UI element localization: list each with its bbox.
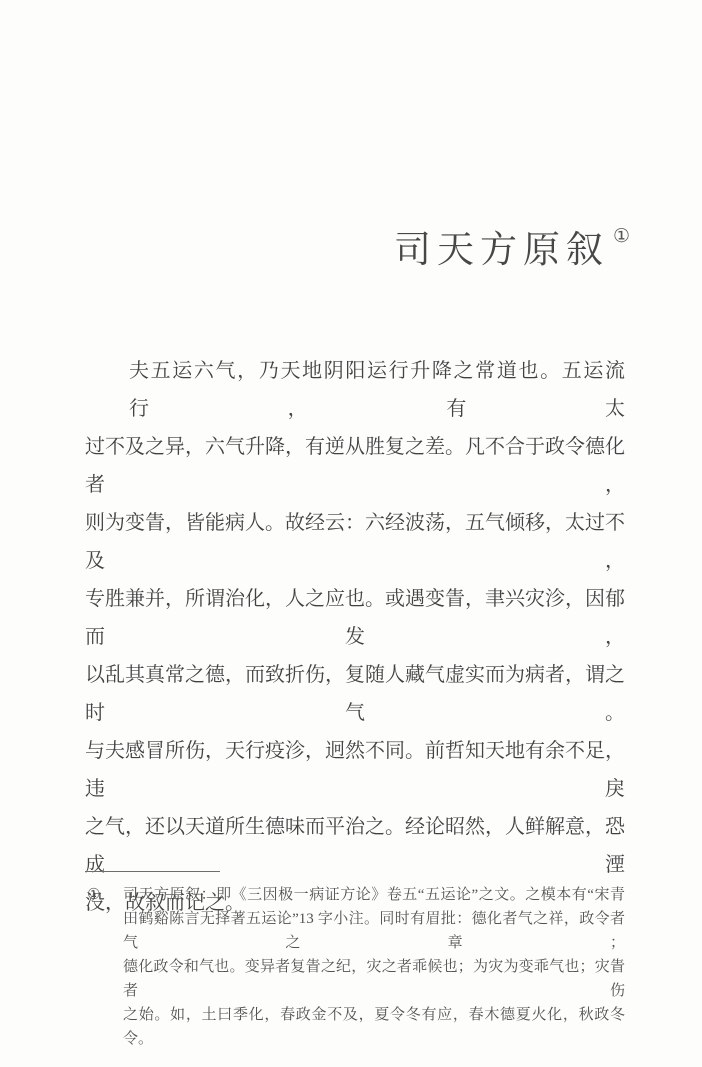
footnote-marker: ①: [87, 885, 100, 904]
body-line: 以乱其真常之德，而致折伤，复随人藏气虚实而为病者，谓之时气。: [85, 656, 625, 732]
footnote-divider: [85, 871, 220, 872]
title-block: 司天方原叙①: [394, 219, 630, 273]
body-line: 专胜兼并，所谓治化，人之应也。或遇变眚，聿兴灾沴，因郁而发，: [85, 580, 625, 656]
body-paragraph: 夫五运六气，乃天地阴阳运行升降之常道也。五运流行，有太 过不及之异，六气升降，有…: [85, 352, 625, 922]
body-line: 之气，还以天道所生德味而平治之。经论昭然，人鲜解意，恐成湮: [85, 808, 625, 884]
body-line: 过不及之异，六气升降，有逆从胜复之差。凡不合于政令德化者，: [85, 428, 625, 504]
page-title: 司天方原叙: [394, 230, 609, 271]
title-footnote-reference: ①: [613, 225, 630, 248]
footnote-line: 田鹤谿陈言无择著五运论”13 字小注。同时有眉批：德化者气之祥，政令者气之章；: [123, 907, 625, 955]
body-line: 与夫感冒所伤，天行疫沴，迥然不同。前哲知天地有余不足，违戾: [85, 732, 625, 808]
body-line: 夫五运六气，乃天地阴阳运行升降之常道也。五运流行，有太: [85, 352, 625, 428]
footnote-line: 之始。如，土曰季化，春政金不及，夏令冬有应，春木德夏火化，秋政冬令。: [123, 1003, 625, 1051]
book-page: 司天方原叙① 夫五运六气，乃天地阴阳运行升降之常道也。五运流行，有太 过不及之异…: [0, 0, 702, 1067]
body-line: 则为变眚，皆能病人。故经云：六经波荡，五气倾移，太过不及，: [85, 504, 625, 580]
footnote-line: 司天方原叙：即《三因极一病证方论》卷五“五运论”之文。之模本有“宋青: [123, 883, 625, 907]
footnote: ① 司天方原叙：即《三因极一病证方论》卷五“五运论”之文。之模本有“宋青 田鹤谿…: [85, 883, 625, 1051]
footnote-line: 德化政令和气也。变异者复眚之纪，灾之者乖候也；为灾为变乖气也；灾眚者伤: [123, 955, 625, 1003]
